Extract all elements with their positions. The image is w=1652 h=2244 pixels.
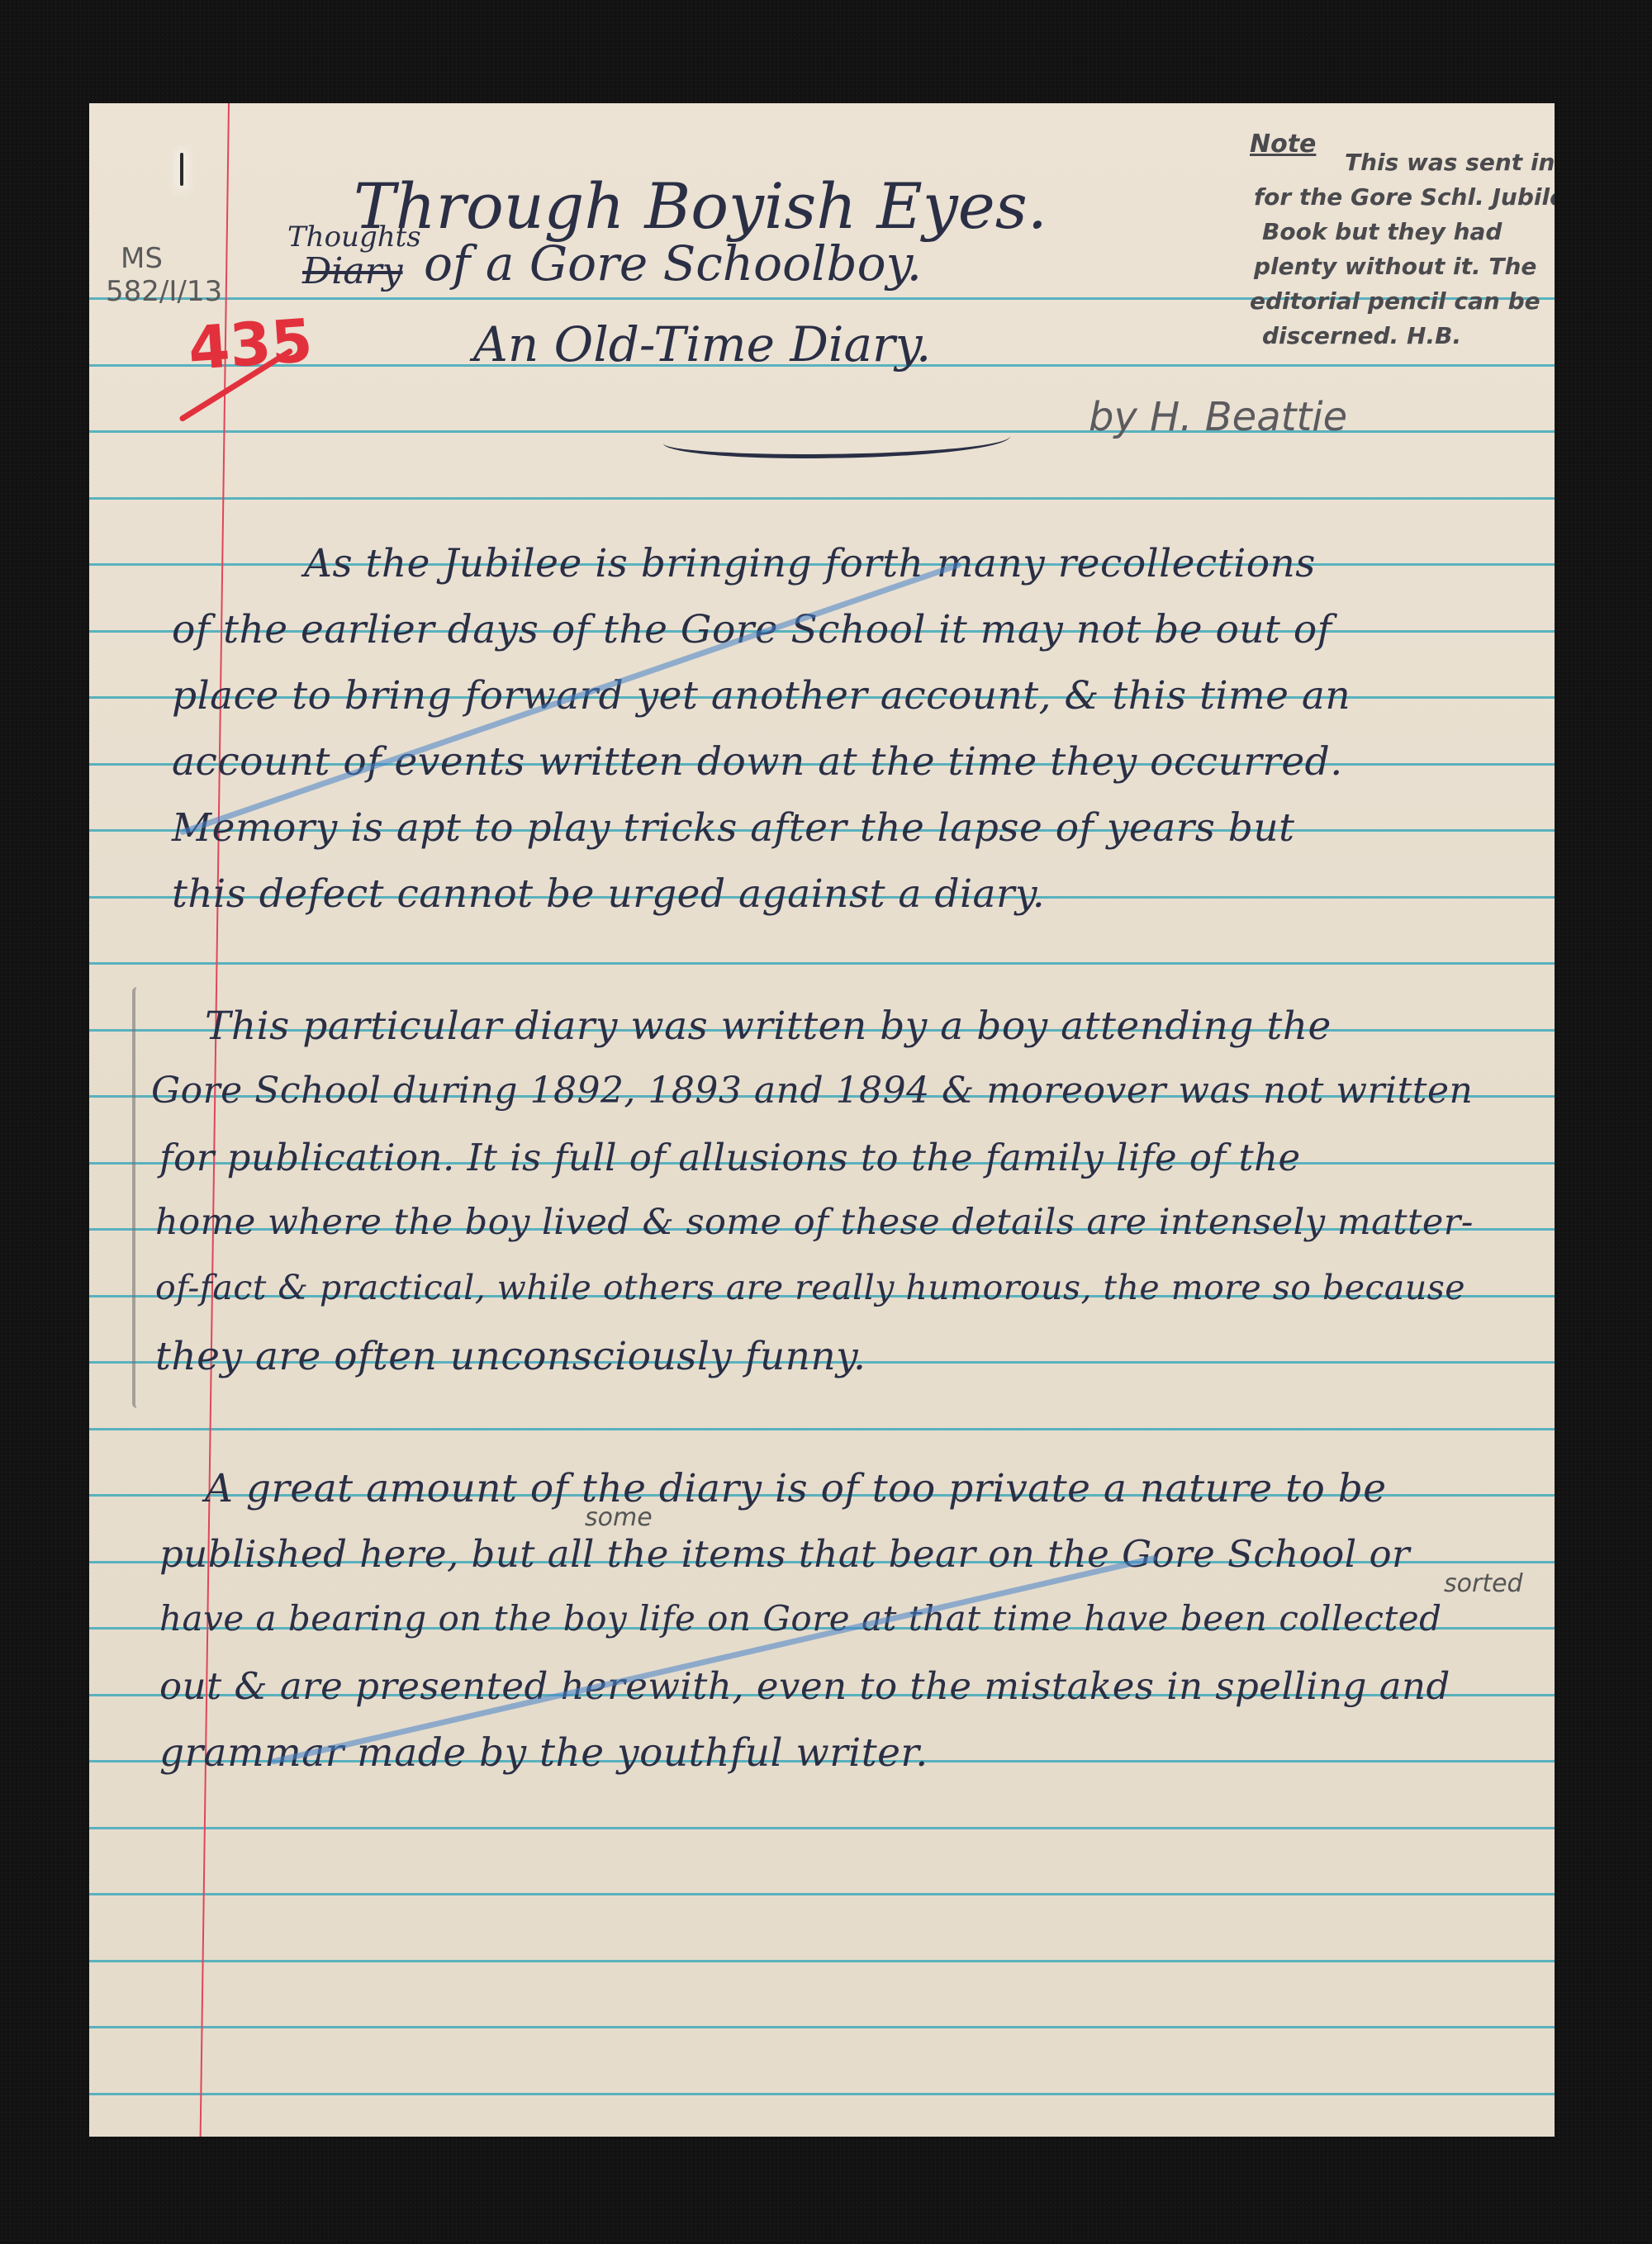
byline: by H. Beattie	[1089, 394, 1347, 440]
rule-line	[89, 962, 1555, 965]
title-line-2: of a Gore Schoolboy.	[424, 235, 922, 292]
rule-line	[89, 497, 1555, 500]
paragraph-2-line: home where the boy lived & some of these…	[155, 1202, 1474, 1243]
title-line-3: An Old-Time Diary.	[473, 316, 931, 372]
margin-note-line: editorial pencil can be	[1250, 285, 1540, 318]
title-inserted-word: Thoughts	[287, 221, 421, 254]
paragraph-3-line: out & are presented herewith, even to th…	[159, 1664, 1450, 1708]
margin-note-label: Note	[1250, 128, 1316, 161]
pencil-margin-bracket	[132, 987, 144, 1408]
paragraph-3-line: A great amount of the diary is of too pr…	[205, 1466, 1387, 1511]
margin-note-line: discerned. H.B.	[1262, 320, 1461, 353]
paragraph-1-line: As the Jubilee is bringing forth many re…	[304, 541, 1316, 586]
paragraph-1-line: Memory is apt to play tricks after the l…	[172, 805, 1295, 851]
margin-note-line: for the Gore Schl. Jubilee	[1254, 181, 1555, 214]
punch-mark	[180, 153, 183, 186]
paragraph-2-line: for publication. It is full of allusions…	[159, 1136, 1301, 1179]
paragraph-2-line: Gore School during 1892, 1893 and 1894 &…	[151, 1070, 1473, 1112]
inserted-word-sorted: sorted	[1444, 1569, 1523, 1598]
paragraph-1-line: this defect cannot be urged against a di…	[172, 871, 1045, 917]
paragraph-3-line: published here, but all the items that b…	[159, 1532, 1410, 1576]
rule-line	[89, 1893, 1555, 1895]
paragraph-1-line: place to bring forward yet another accou…	[172, 673, 1351, 719]
rule-line	[89, 1960, 1555, 1962]
paragraph-3-line: grammar made by the youthful writer.	[159, 1730, 928, 1776]
paragraph-2-line: of-fact & practical, while others are re…	[155, 1268, 1465, 1307]
catalog-mark-line2: 582/I/13	[106, 275, 222, 308]
catalog-mark-line1: MS	[121, 242, 163, 275]
paragraph-2-line: This particular diary was written by a b…	[205, 1003, 1332, 1049]
rule-line	[89, 2026, 1555, 2028]
rule-line	[89, 2093, 1555, 2095]
paragraph-2-line: they are often unconsciously funny.	[155, 1334, 866, 1379]
inserted-word-some: some	[585, 1503, 653, 1532]
title-underline-swash	[663, 421, 1010, 458]
paragraph-3-line: have a bearing on the boy life on Gore a…	[159, 1598, 1441, 1639]
margin-note-line: Book but they had	[1262, 216, 1502, 249]
manuscript-page: MS 582/I/13 435 Through Boyish Eyes. Tho…	[89, 103, 1555, 2137]
rule-line	[89, 1428, 1555, 1430]
title-line-1: Through Boyish Eyes.	[354, 169, 1047, 243]
paragraph-1-line: of the earlier days of the Gore School i…	[172, 607, 1332, 652]
rule-line	[89, 1827, 1555, 1829]
margin-note-line: plenty without it. The	[1254, 250, 1536, 283]
title-struck-word: Diary	[302, 250, 402, 292]
margin-note-line: This was sent in	[1345, 146, 1555, 179]
